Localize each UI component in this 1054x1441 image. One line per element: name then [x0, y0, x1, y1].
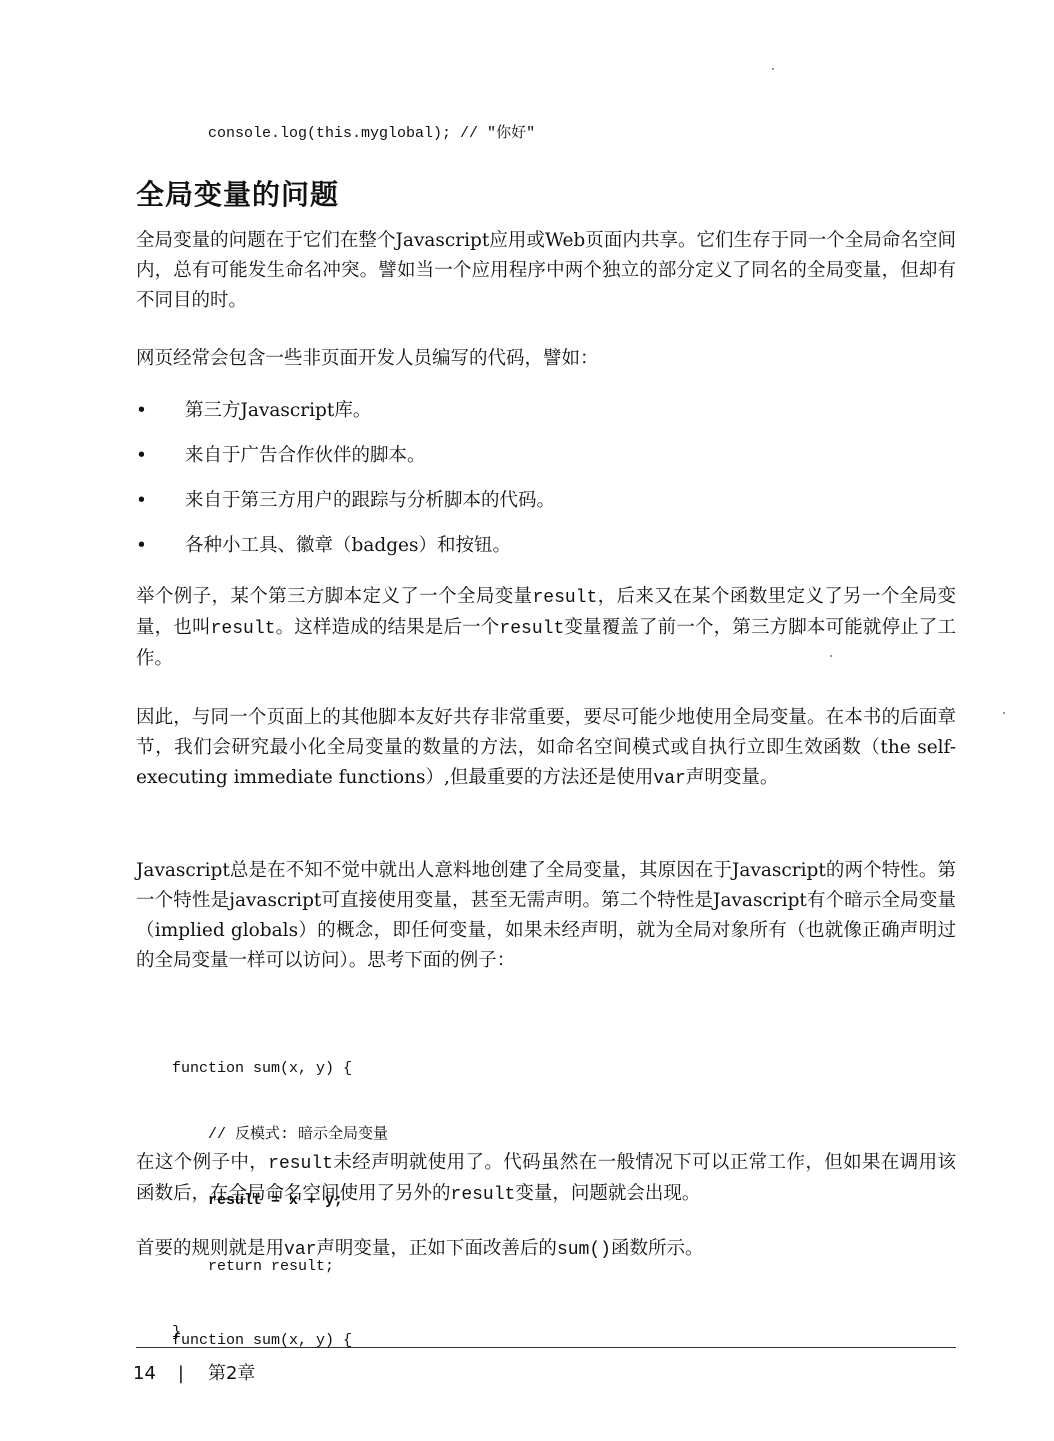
paragraph-text: Javascript总是在不知不觉中就出人意料地创建了全局变量，其原因在于Jav… — [136, 856, 956, 976]
scan-speck — [1003, 712, 1005, 714]
list-item: • 来自于第三方用户的跟踪与分析脚本的代码。 — [136, 486, 956, 531]
text-run: 。这样造成的结果是后一个 — [275, 617, 499, 638]
paragraph-6: 在这个例子中，result未经声明就使用了。代码虽然在一般情况下可以正常工作，但… — [136, 1148, 956, 1210]
footer-divider — [136, 1347, 956, 1348]
code-snippet-top: console.log(this.myglobal); // "你好" — [172, 101, 535, 167]
paragraph-text: 全局变量的问题在于它们在整个Javascript应用或Web页面内共享。它们生存… — [136, 226, 956, 316]
footer-separator: | — [178, 1361, 184, 1387]
code-line: function sum(x, y) { — [172, 1330, 352, 1352]
bullet-icon: • — [136, 396, 156, 426]
inline-code: sum() — [557, 1240, 611, 1260]
paragraph-1: 全局变量的问题在于它们在整个Javascript应用或Web页面内共享。它们生存… — [136, 226, 956, 316]
list-item-text: 来自于广告合作伙伴的脚本。 — [185, 441, 426, 471]
paragraph-text: 首要的规则就是用var声明变量，正如下面改善后的sum()函数所示。 — [136, 1234, 956, 1265]
scan-speck — [772, 68, 774, 70]
chapter-label: 第2章 — [208, 1363, 255, 1384]
text-run: 在这个例子中， — [136, 1152, 268, 1173]
bullet-icon: • — [136, 486, 156, 516]
paragraph-7: 首要的规则就是用var声明变量，正如下面改善后的sum()函数所示。 — [136, 1234, 956, 1265]
code-comment: // 反模式: 暗示全局变量 — [172, 1124, 388, 1146]
text-run: 声明变量，正如下面改善后的 — [316, 1238, 557, 1259]
list-item: • 各种小工具、徽章（badges）和按钮。 — [136, 531, 956, 576]
inline-code: result — [499, 619, 564, 639]
text-run: 首要的规则就是用 — [136, 1238, 284, 1259]
inline-code: result — [211, 619, 276, 639]
paragraph-text: 网页经常会包含一些非页面开发人员编写的代码，譬如： — [136, 344, 956, 374]
list-item-text: 各种小工具、徽章（badges）和按钮。 — [185, 531, 511, 561]
paragraph-5: Javascript总是在不知不觉中就出人意料地创建了全局变量，其原因在于Jav… — [136, 856, 956, 976]
book-page: console.log(this.myglobal); // "你好" 全局变量… — [0, 0, 1054, 1441]
scan-speck — [830, 655, 832, 657]
paragraph-text: 举个例子，某个第三方脚本定义了一个全局变量result，后来又在某个函数里定义了… — [136, 582, 956, 674]
inline-code: result — [268, 1154, 333, 1174]
page-footer: 14|第2章 — [133, 1361, 255, 1387]
list-item-text: 来自于第三方用户的跟踪与分析脚本的代码。 — [185, 486, 555, 516]
text-run: 声明变量。 — [686, 767, 779, 788]
text-run: 变量，问题就会出现。 — [515, 1183, 700, 1204]
paragraph-4: 因此，与同一个页面上的其他脚本友好共存非常重要，要尽可能少地使用全局变量。在本书… — [136, 703, 956, 794]
inline-code: result — [451, 1185, 516, 1205]
code-line: console.log(this.myglobal); // "你好" — [208, 125, 535, 142]
text-run: 函数所示。 — [611, 1238, 704, 1259]
bullet-icon: • — [136, 531, 156, 561]
paragraph-3: 举个例子，某个第三方脚本定义了一个全局变量result，后来又在某个函数里定义了… — [136, 582, 956, 674]
bullet-icon: • — [136, 441, 156, 471]
text-run: 举个例子，某个第三方脚本定义了一个全局变量 — [136, 586, 532, 607]
paragraph-text: 在这个例子中，result未经声明就使用了。代码虽然在一般情况下可以正常工作，但… — [136, 1148, 956, 1210]
paragraph-text: 因此，与同一个页面上的其他脚本友好共存非常重要，要尽可能少地使用全局变量。在本书… — [136, 703, 956, 794]
paragraph-2: 网页经常会包含一些非页面开发人员编写的代码，譬如： — [136, 344, 956, 374]
section-heading: 全局变量的问题 — [136, 177, 339, 213]
page-number: 14 — [133, 1363, 156, 1384]
list-item: • 来自于广告合作伙伴的脚本。 — [136, 441, 956, 486]
list-item-text: 第三方Javascript库。 — [185, 396, 371, 426]
text-run: 因此，与同一个页面上的其他脚本友好共存非常重要，要尽可能少地使用全局变量。在本书… — [136, 707, 956, 788]
code-line: function sum(x, y) { — [172, 1058, 388, 1080]
inline-code: result — [532, 588, 597, 608]
inline-code: var — [284, 1240, 316, 1260]
inline-code: var — [653, 769, 685, 789]
list-item: • 第三方Javascript库。 — [136, 396, 956, 441]
bullet-list: • 第三方Javascript库。 • 来自于广告合作伙伴的脚本。 • 来自于第… — [136, 396, 956, 576]
